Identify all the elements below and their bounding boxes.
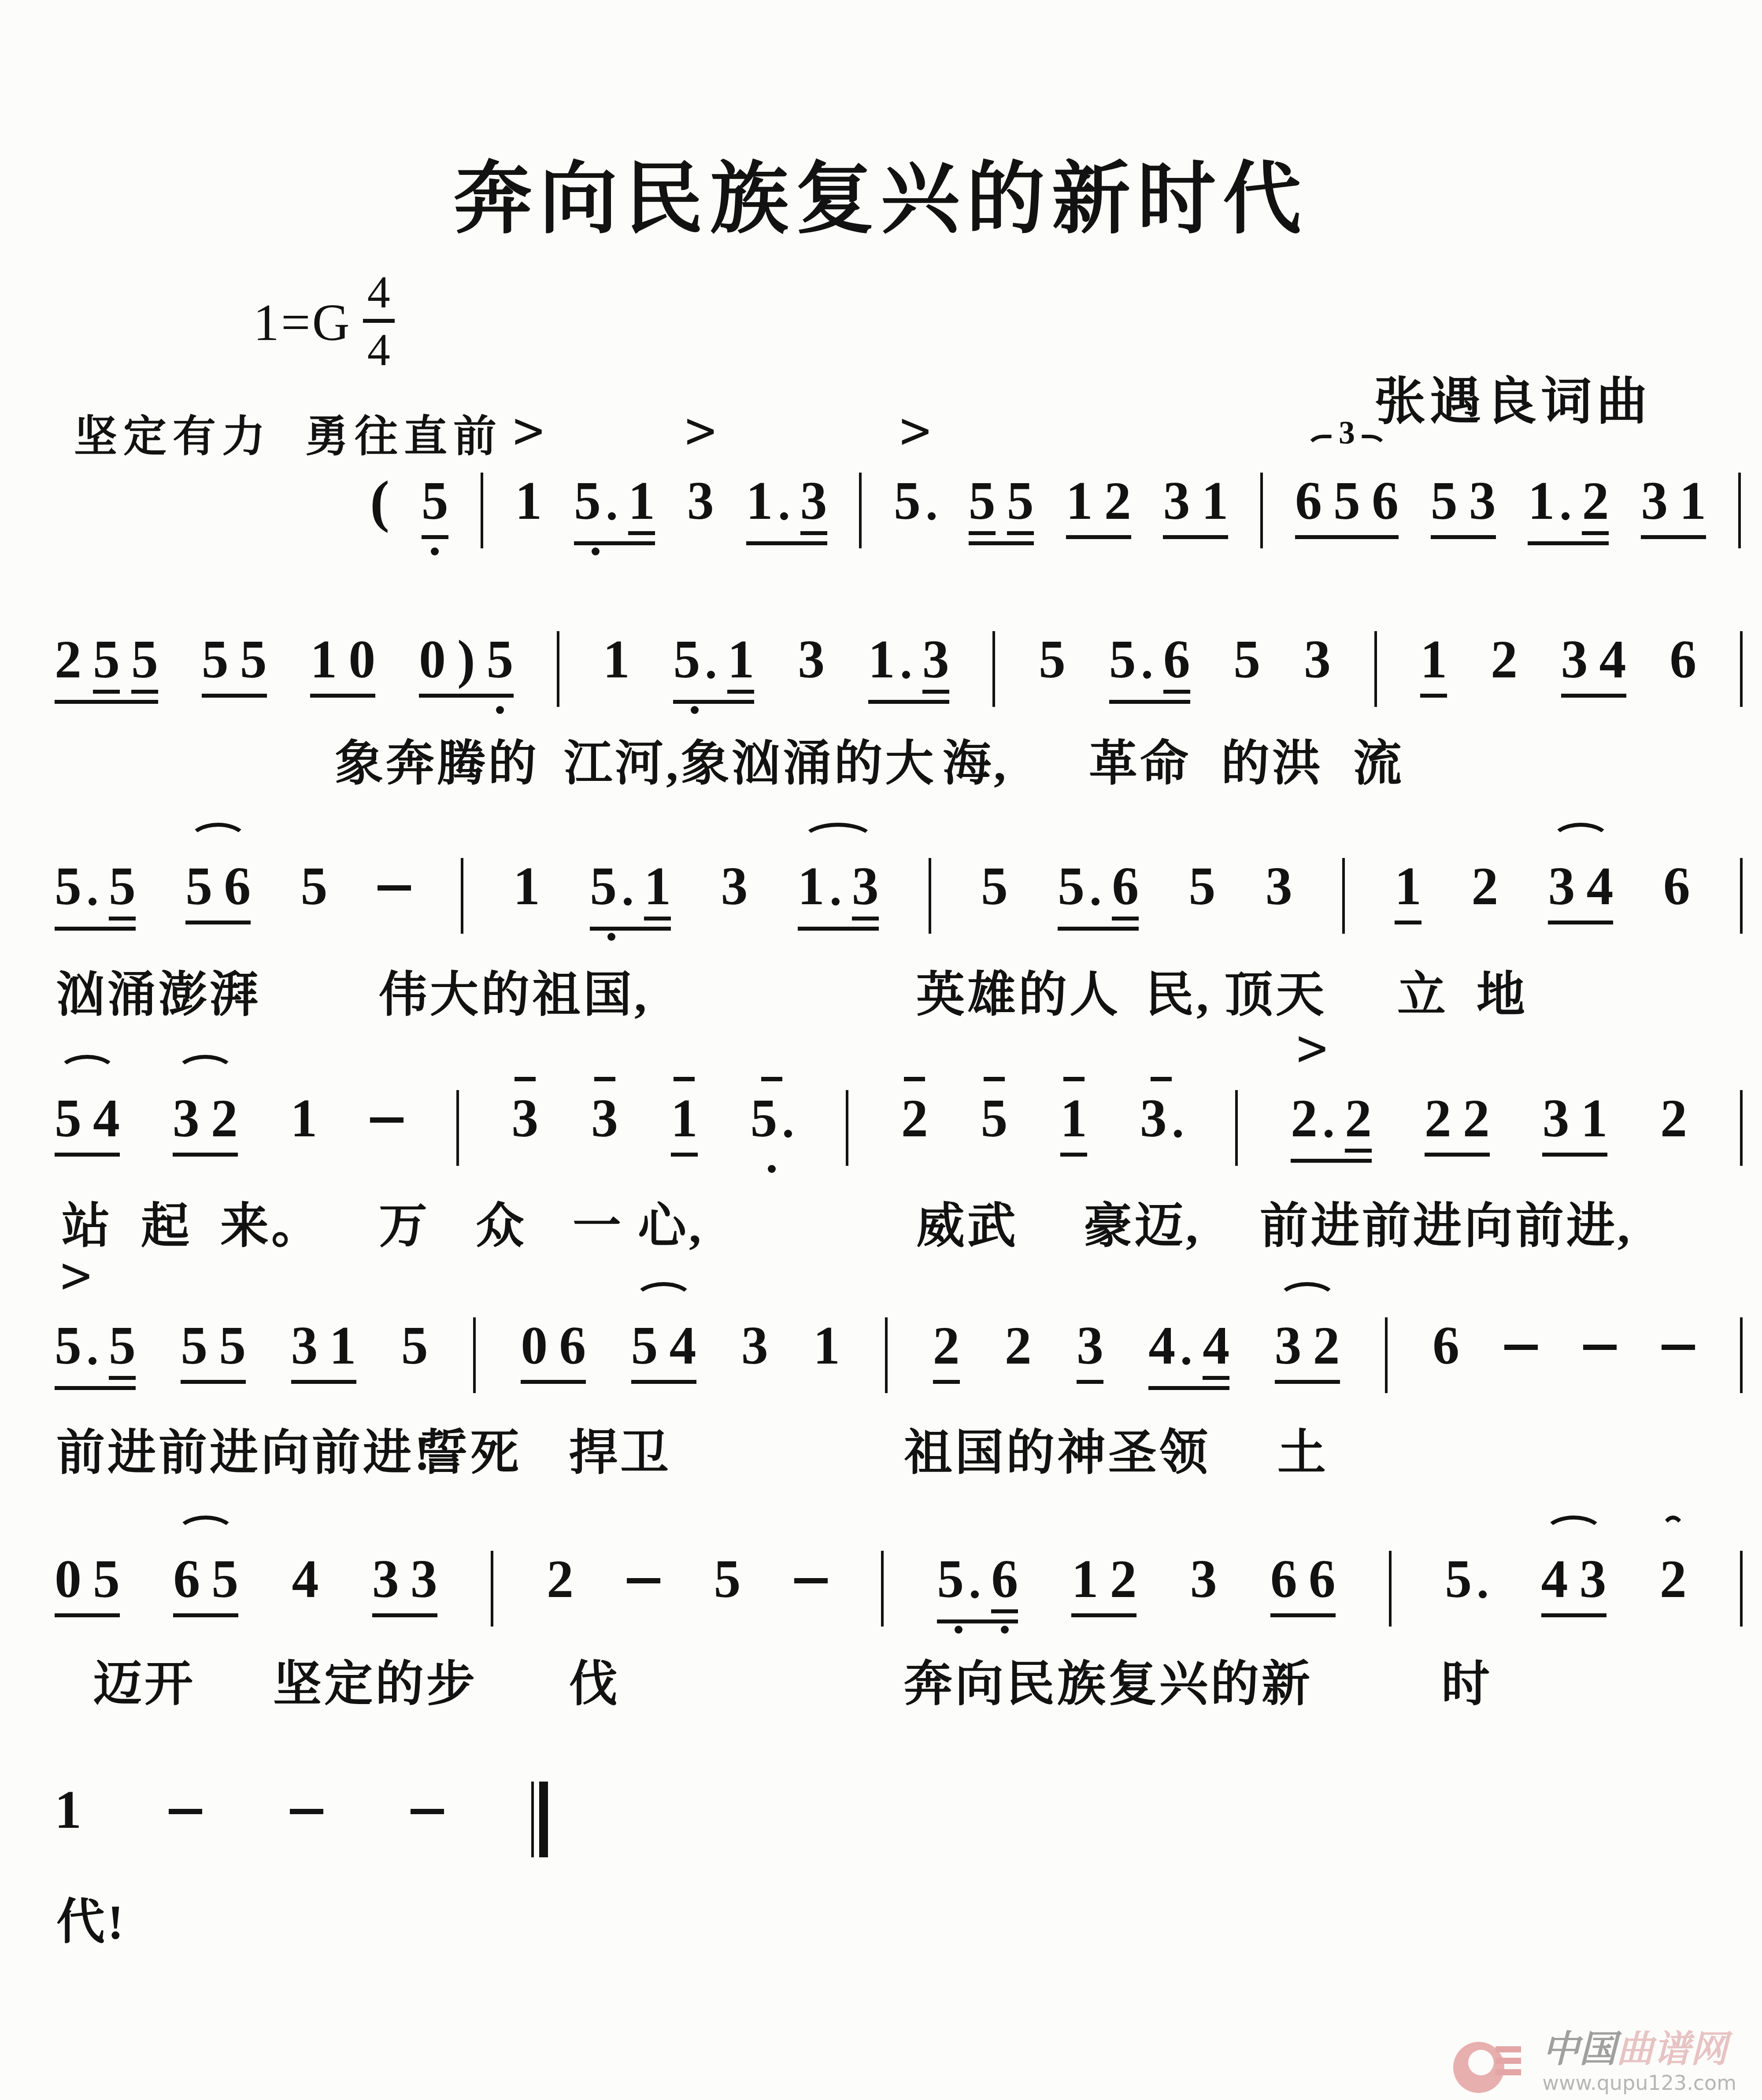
beam-notes: 13 bbox=[746, 412, 827, 545]
note-digit: 5 bbox=[1333, 473, 1360, 529]
note-digit: 3 bbox=[1077, 1318, 1103, 1374]
note-digit: 2 bbox=[1491, 632, 1518, 688]
note-body: 5 bbox=[300, 859, 327, 914]
beam-notes: 13 bbox=[868, 570, 949, 704]
beam-group: 55 bbox=[969, 412, 1034, 545]
augmentation-dot bbox=[784, 1130, 792, 1138]
note-digit: 3 bbox=[798, 632, 825, 688]
note: 2 bbox=[1110, 1490, 1136, 1607]
note-digit: 3 bbox=[1542, 1091, 1569, 1146]
lyric-segment: 顶天 bbox=[1225, 956, 1327, 1025]
note-digit: 0 bbox=[521, 1318, 548, 1374]
note-digit: 5 bbox=[55, 1318, 81, 1374]
beam-notes: 31 bbox=[1542, 1029, 1607, 1157]
note: 5 bbox=[1058, 797, 1100, 914]
note: >5 bbox=[55, 1257, 97, 1374]
beam-notes: >55 bbox=[55, 1257, 136, 1390]
note-digit: 3 bbox=[1140, 1091, 1167, 1146]
lyrics-line-2: 汹涌澎湃伟大的祖国,英雄的人民,顶天立地 bbox=[0, 956, 1762, 1026]
note: 1 bbox=[1528, 412, 1570, 529]
note: 6 bbox=[1163, 570, 1190, 694]
augmentation-dot bbox=[89, 898, 96, 906]
note-body: 2 bbox=[55, 632, 81, 688]
barline bbox=[885, 1317, 888, 1393]
note: 3 bbox=[798, 570, 825, 688]
beam-group: 51 bbox=[590, 797, 671, 931]
note-body: 1 bbox=[513, 859, 540, 914]
beam-notes: 22 bbox=[1425, 1029, 1490, 1157]
note-body: 4 bbox=[670, 1318, 696, 1374]
note-digit: 3 bbox=[1163, 473, 1190, 529]
note-body: 6 bbox=[1295, 473, 1322, 529]
note-body: 5 bbox=[55, 1091, 81, 1146]
beam-notes: 32 bbox=[173, 1029, 238, 1157]
note-body: 1 bbox=[746, 473, 789, 529]
note: 6 bbox=[1663, 797, 1690, 914]
beam-group: 3656 bbox=[1295, 412, 1399, 539]
note-body: 5 bbox=[574, 473, 617, 529]
note: 3 bbox=[1548, 797, 1575, 914]
note: 1 bbox=[310, 570, 337, 688]
note: 5 bbox=[937, 1490, 980, 1607]
barline bbox=[1740, 1090, 1743, 1166]
note-digit: 3 bbox=[1275, 1318, 1302, 1374]
note: 5 bbox=[1188, 797, 1215, 914]
note-body: 5 bbox=[55, 859, 97, 914]
note-body: 5 bbox=[109, 1318, 136, 1380]
low-octave-dot bbox=[1001, 1626, 1009, 1634]
note-digit: 1 bbox=[671, 1091, 698, 1146]
note-body: 4 bbox=[292, 1552, 318, 1607]
note-body: 3 bbox=[1469, 473, 1496, 529]
note-digit: ) bbox=[457, 632, 475, 688]
note: 4 bbox=[1203, 1257, 1229, 1380]
note-body: 2 bbox=[1425, 1091, 1451, 1146]
key-text: 1=G bbox=[253, 297, 352, 349]
note-body: 5 bbox=[1039, 632, 1066, 688]
accent-mark: > bbox=[683, 405, 718, 456]
note-body: 3 bbox=[1304, 632, 1331, 688]
note-body: 1 bbox=[329, 1318, 356, 1374]
barline bbox=[456, 1090, 459, 1166]
beam-group: 2 bbox=[1660, 1490, 1687, 1607]
beam-group: 56 bbox=[185, 797, 251, 924]
note-body: 3 bbox=[1542, 1091, 1569, 1146]
lyric-segment: 汹涌澎湃 bbox=[56, 956, 261, 1025]
note-body: 1 bbox=[290, 1091, 317, 1146]
song-title: 奔向民族复兴的新时代 bbox=[0, 158, 1762, 241]
note: 6 bbox=[559, 1257, 586, 1374]
note-digit: 2 bbox=[1660, 1552, 1687, 1607]
note-body: 1 bbox=[310, 632, 337, 688]
note-digit: 4 bbox=[93, 1091, 120, 1146]
note-body: 3 bbox=[1266, 859, 1292, 914]
barline bbox=[992, 631, 995, 707]
note-digit: 6 bbox=[991, 1552, 1018, 1613]
high-octave-dash bbox=[904, 1077, 925, 1081]
note-body: 2 bbox=[1463, 1091, 1490, 1146]
note-body: 6 bbox=[173, 1552, 200, 1607]
lyric-segment: 象奔腾的 bbox=[335, 725, 539, 794]
note-body: 5 bbox=[93, 632, 120, 694]
note: 4 bbox=[1148, 1257, 1191, 1374]
note-digit: 5 bbox=[631, 1318, 658, 1374]
barline bbox=[881, 1551, 884, 1627]
note: 3 bbox=[291, 1257, 318, 1374]
note: 3 bbox=[1469, 412, 1496, 529]
note-digit: 3 bbox=[372, 1552, 399, 1607]
note-body: 1 bbox=[515, 473, 542, 529]
duration-dash bbox=[169, 1809, 202, 1814]
duration-dash bbox=[378, 885, 411, 891]
note-digit: 5 bbox=[1188, 859, 1215, 914]
note: 6 bbox=[1669, 570, 1696, 688]
note-body: 5 bbox=[1058, 859, 1100, 914]
lyric-segment: 来。 bbox=[220, 1187, 322, 1257]
note-digit: 1 bbox=[727, 632, 754, 694]
note-body: 2 bbox=[933, 1318, 960, 1384]
note-body: 5 bbox=[211, 1552, 238, 1607]
duration-dash bbox=[627, 1578, 660, 1583]
note: 3 bbox=[173, 1029, 200, 1146]
note-digit: 5 bbox=[181, 1318, 207, 1374]
note-body: 2 bbox=[211, 1091, 238, 1146]
note-digit: 6 bbox=[1433, 1318, 1459, 1374]
note-digit: 0 bbox=[348, 632, 375, 688]
note-body: 0 bbox=[419, 632, 446, 688]
watermark-brand: 中国曲谱网 bbox=[1542, 2031, 1727, 2068]
note-body: 6 bbox=[1112, 859, 1139, 921]
barline bbox=[481, 473, 483, 548]
note: 3 bbox=[1266, 797, 1292, 914]
barline bbox=[1342, 858, 1345, 934]
watermark-bars-icon bbox=[1495, 2046, 1521, 2075]
key-signature: 1=G 4 4 bbox=[253, 270, 395, 373]
note-body: 1 bbox=[727, 632, 754, 694]
accent-mark: > bbox=[58, 1250, 93, 1301]
note-body: 0 bbox=[348, 632, 375, 688]
beam-notes: 34 bbox=[1561, 570, 1626, 698]
note: 6 bbox=[1112, 797, 1139, 921]
note-body: 5 bbox=[1007, 473, 1034, 535]
note: 6 bbox=[1295, 412, 1322, 529]
lyric-segment: 誓死 bbox=[419, 1414, 522, 1483]
beam-notes: 43 bbox=[1541, 1490, 1607, 1617]
note-body: 6 bbox=[224, 859, 251, 914]
watermark-logo-icon bbox=[1453, 2042, 1504, 2093]
high-octave-dash bbox=[1063, 1077, 1085, 1081]
note-body: 5 bbox=[1431, 473, 1458, 529]
note-body: 4 bbox=[1599, 632, 1626, 688]
augmentation-dot bbox=[707, 671, 715, 679]
note: 5 bbox=[1445, 1490, 1488, 1607]
beam-notes: 05 bbox=[55, 1490, 120, 1617]
note: 5 bbox=[714, 1490, 741, 1607]
beam-group: 255 bbox=[55, 570, 158, 704]
note-body: 2 bbox=[1104, 473, 1131, 529]
note-body: 2 bbox=[1345, 1091, 1372, 1153]
high-octave-dash bbox=[761, 1077, 782, 1081]
note-digit: 5 bbox=[240, 632, 267, 688]
note-body: 5 bbox=[1188, 859, 1215, 914]
duration-dash bbox=[411, 1809, 444, 1814]
augmentation-dot bbox=[832, 898, 840, 906]
music-system-6: 05654332556123665432 bbox=[55, 1490, 1743, 1640]
note-digit: 1 bbox=[1679, 473, 1706, 529]
high-octave-dash bbox=[984, 1077, 1005, 1081]
note: 3 bbox=[1275, 1257, 1302, 1374]
note: 5 bbox=[422, 412, 448, 539]
music-system-5: >555531506543122344326 bbox=[55, 1257, 1743, 1406]
note: 2 bbox=[211, 1029, 238, 1146]
music-system-3: 555651513135565312346 bbox=[55, 797, 1743, 947]
note: 0 bbox=[348, 570, 375, 688]
lyric-segment: 民, bbox=[1145, 956, 1211, 1025]
note-body: 5 bbox=[1109, 632, 1152, 688]
music-system-4: 5432133152513>2222312 bbox=[55, 1029, 1743, 1179]
beam-group: 55 bbox=[55, 797, 136, 931]
note-digit: 5 bbox=[1431, 473, 1458, 529]
note-digit: 1 bbox=[329, 1318, 356, 1374]
note: 1 bbox=[1071, 1490, 1098, 1607]
augmentation-dot bbox=[971, 1590, 979, 1598]
barline bbox=[859, 473, 862, 548]
beam-group: 54 bbox=[55, 1029, 120, 1157]
note-body: 3 bbox=[1190, 1552, 1217, 1607]
note-body: 5 bbox=[181, 1318, 207, 1374]
beam-notes: 10 bbox=[310, 570, 375, 698]
note: 5 bbox=[240, 570, 267, 688]
beam-group: 53 bbox=[1431, 412, 1496, 539]
note-digit: 4 bbox=[1586, 859, 1613, 914]
note-digit: 1 bbox=[290, 1091, 317, 1146]
beam-group: 51 bbox=[673, 570, 754, 704]
augmentation-dot bbox=[1562, 512, 1570, 520]
note-body: 5 bbox=[631, 1318, 658, 1374]
note-body: 1 bbox=[603, 632, 630, 688]
note-body: 1 bbox=[628, 473, 655, 535]
note-body: 5 bbox=[673, 632, 716, 688]
note: 1 bbox=[746, 412, 789, 529]
note: 5 bbox=[211, 1490, 238, 1607]
note-digit: 5 bbox=[981, 1091, 1007, 1146]
note-digit: 3 bbox=[1266, 859, 1292, 914]
lyrics-line-3: 站起来。万众一心,威武豪迈,前进前进向前进, bbox=[0, 1187, 1762, 1257]
low-octave-dot bbox=[592, 547, 600, 555]
barline bbox=[1374, 631, 1377, 707]
lyrics-line-4: 前进前进向前进!誓死捍卫祖国的神圣领土 bbox=[0, 1414, 1762, 1484]
augmentation-dot bbox=[1479, 1590, 1487, 1598]
note: 5 bbox=[1431, 412, 1458, 529]
lyrics-line-1: 象奔腾的江河,象汹涌的大海,革命的洪流 bbox=[0, 725, 1762, 795]
note: 4 bbox=[1541, 1490, 1568, 1607]
note-body: 3 bbox=[721, 859, 748, 914]
note-digit: 5 bbox=[422, 473, 448, 529]
note: 5 bbox=[981, 1029, 1007, 1146]
time-signature-numerator: 4 bbox=[363, 270, 395, 323]
note-digit: 1 bbox=[813, 1318, 840, 1374]
note-body: ) bbox=[457, 632, 475, 688]
note-body: 1 bbox=[671, 1091, 698, 1157]
note-digit: 1 bbox=[1420, 632, 1447, 688]
note: 2 bbox=[55, 570, 81, 688]
note: 5 bbox=[202, 570, 229, 688]
note: 0 bbox=[55, 1490, 81, 1607]
note: >2 bbox=[1291, 1029, 1333, 1146]
note: 1 bbox=[1581, 1029, 1607, 1146]
note-body: 2 bbox=[901, 1091, 928, 1146]
note-digit: 3 bbox=[1580, 1552, 1607, 1607]
lyric-segment: 一 bbox=[573, 1187, 624, 1257]
beam-group: 22 bbox=[1425, 1029, 1490, 1157]
note: 1 bbox=[671, 1029, 698, 1157]
lyric-segment: 革命 bbox=[1089, 725, 1191, 794]
note-digit: 4 bbox=[292, 1552, 318, 1607]
augmentation-dot bbox=[902, 671, 910, 679]
note-body: 3 bbox=[800, 473, 827, 535]
note-digit: 6 bbox=[559, 1318, 586, 1374]
note-body: 5 bbox=[750, 1091, 793, 1146]
beam-notes: >22 bbox=[1291, 1029, 1372, 1163]
beam-group: 31 bbox=[1542, 1029, 1607, 1157]
barline bbox=[1740, 631, 1743, 707]
note-digit: 5 bbox=[673, 632, 700, 688]
beam-notes: 56 bbox=[1109, 570, 1190, 704]
note: 1 bbox=[1679, 412, 1706, 529]
note-digit: 1 bbox=[1060, 1091, 1087, 1146]
beam-notes: 51 bbox=[673, 570, 754, 704]
accent-mark: > bbox=[897, 405, 933, 456]
duration-dash bbox=[1662, 1345, 1695, 1350]
note: 1 bbox=[798, 797, 840, 914]
note: 1 bbox=[513, 797, 540, 914]
low-octave-dot bbox=[607, 933, 615, 941]
beam-notes: 66 bbox=[1270, 1490, 1336, 1617]
augmentation-dot bbox=[89, 1357, 96, 1365]
barline bbox=[1740, 1551, 1743, 1627]
lyric-segment: 前进前进向前进! bbox=[56, 1414, 433, 1483]
note-body: 0 bbox=[521, 1318, 548, 1374]
note-digit: 6 bbox=[1295, 473, 1322, 529]
note-body: 5 bbox=[240, 632, 267, 688]
note-body: 5 bbox=[590, 859, 633, 914]
note-body: 3 bbox=[1580, 1552, 1607, 1607]
note: 4 bbox=[292, 1490, 318, 1607]
note-digit: 0 bbox=[55, 1552, 81, 1607]
final-barline bbox=[531, 1782, 548, 1857]
note-digit: 3 bbox=[291, 1318, 318, 1374]
note-digit: 5 bbox=[202, 632, 229, 688]
note-body: 5 bbox=[981, 1091, 1007, 1146]
music-system-7: 1 bbox=[55, 1721, 548, 1871]
note-digit: 1 bbox=[1071, 1552, 1098, 1607]
note-digit: 2 bbox=[1104, 473, 1131, 529]
note-body: 5 bbox=[202, 632, 229, 688]
note: 5 bbox=[109, 797, 136, 921]
note-digit: 1 bbox=[1528, 473, 1555, 529]
note-body: 3 bbox=[1077, 1318, 1103, 1384]
note-digit: 3 bbox=[1561, 632, 1588, 688]
beam-notes: 12 bbox=[1528, 412, 1609, 545]
note-body: 5 bbox=[185, 859, 212, 914]
lyric-segment: 伐 bbox=[569, 1645, 620, 1715]
note: 5 bbox=[181, 1257, 207, 1374]
note-digit: 2 bbox=[1660, 1091, 1687, 1146]
note-body: 1 bbox=[798, 859, 840, 914]
note: 3 bbox=[1580, 1490, 1607, 1607]
augmentation-dot bbox=[608, 512, 616, 520]
beam-notes: 32 bbox=[1275, 1257, 1340, 1384]
note: 4 bbox=[93, 1029, 120, 1146]
music-system-2: 25555100)51513135565312346 bbox=[55, 570, 1743, 720]
duration-dash bbox=[1583, 1345, 1617, 1350]
note-body: 2 bbox=[547, 1552, 574, 1607]
note-body: 5 bbox=[1333, 473, 1360, 529]
lyrics-line-5: 迈开坚定的步伐奔向民族复兴的新时 bbox=[0, 1645, 1762, 1715]
note-body: 5 bbox=[1445, 1552, 1488, 1607]
beam-notes: 44 bbox=[1148, 1257, 1229, 1390]
note-body: 5 bbox=[401, 1318, 428, 1374]
note-digit: 6 bbox=[1669, 632, 1696, 688]
note-body: 1 bbox=[1066, 473, 1093, 529]
note-body: 4 bbox=[1586, 859, 1613, 914]
note: 1 bbox=[628, 412, 655, 535]
low-octave-dot bbox=[431, 547, 439, 555]
lyric-segment: 立 bbox=[1397, 956, 1448, 1025]
note: 6 bbox=[224, 797, 251, 914]
note-digit: 1 bbox=[868, 632, 895, 688]
note-body: 1 bbox=[1420, 632, 1447, 698]
final-barline-thick bbox=[539, 1782, 548, 1857]
note-body: 3 bbox=[1561, 632, 1588, 688]
note-digit: 4 bbox=[670, 1318, 696, 1374]
note-digit: 1 bbox=[1201, 473, 1228, 529]
note: 3 bbox=[1140, 1029, 1183, 1146]
note-digit: 1 bbox=[515, 473, 542, 529]
note: 2 bbox=[1491, 570, 1518, 688]
beam-notes: 55 bbox=[55, 797, 136, 931]
site-watermark: 中国曲谱网 www.qupu123.com bbox=[1453, 2031, 1736, 2093]
note: 4 bbox=[1586, 797, 1613, 914]
note-body: 5 bbox=[1233, 632, 1260, 688]
note-digit: 2 bbox=[1345, 1091, 1372, 1153]
note-digit: 6 bbox=[1112, 859, 1139, 921]
note: 6 bbox=[1309, 1490, 1336, 1607]
beam-notes: 31 bbox=[291, 1257, 356, 1384]
augmentation-dot bbox=[1182, 1357, 1190, 1365]
note-digit: 6 bbox=[1270, 1552, 1297, 1607]
note: >5 bbox=[894, 412, 937, 529]
lyric-segment: 起 bbox=[141, 1187, 192, 1257]
note-body: 2 bbox=[1291, 1091, 1333, 1146]
lyric-segment: 江河,象汹涌的大 bbox=[564, 725, 937, 794]
beam-group: 12 bbox=[1071, 1490, 1136, 1617]
beam-notes: 34 bbox=[1548, 797, 1613, 924]
note-body: 3 bbox=[511, 1091, 538, 1146]
note-digit: 5 bbox=[714, 1552, 741, 1607]
music-system-1: (5>151>313>55512313656531231 bbox=[370, 412, 1741, 562]
note: 1 bbox=[329, 1257, 356, 1374]
lyric-segment: 万 bbox=[379, 1187, 430, 1257]
duration-dash bbox=[290, 1809, 323, 1814]
note-body: 3 bbox=[591, 1091, 618, 1146]
beam-notes: 13 bbox=[798, 797, 879, 931]
note: 2 bbox=[1425, 1029, 1451, 1146]
note-body: 5 bbox=[55, 1318, 97, 1374]
beam-notes: 31 bbox=[1163, 412, 1228, 539]
note-digit: 2 bbox=[901, 1091, 928, 1146]
duration-dash bbox=[370, 1117, 403, 1123]
